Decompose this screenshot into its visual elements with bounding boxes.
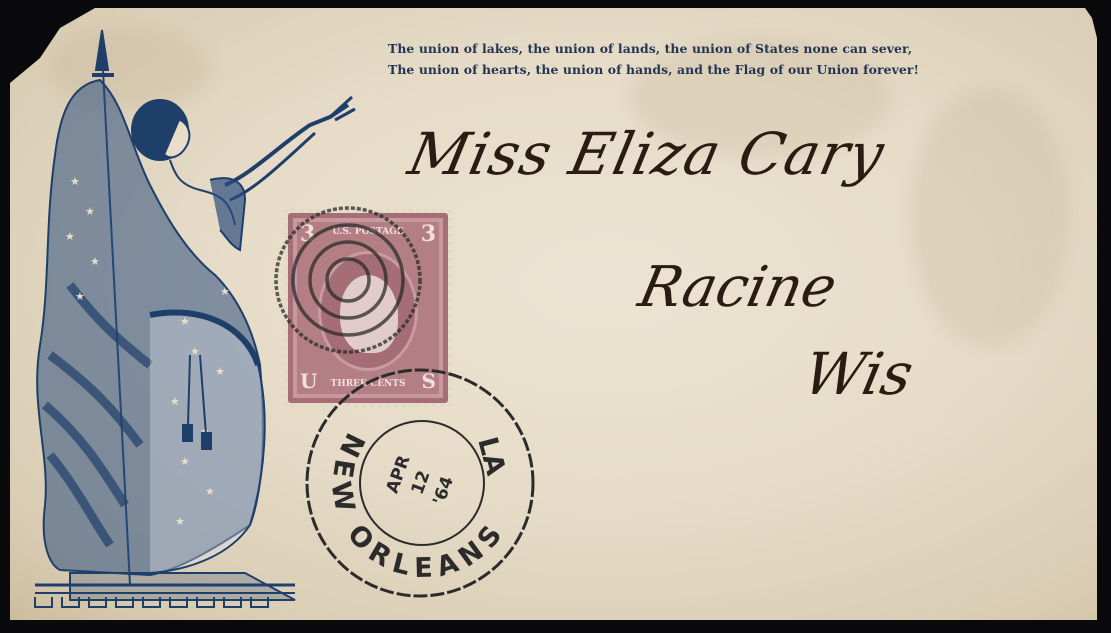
svg-text:★: ★ [175, 516, 185, 528]
recipient-city: Racine [633, 255, 842, 320]
postmark-state: LA [471, 434, 511, 479]
svg-text:★: ★ [190, 346, 200, 358]
new-orleans-postmark: NEW ORLEANS LA APR 12 '64 [300, 365, 540, 605]
svg-text:★: ★ [85, 206, 95, 218]
svg-text:★: ★ [180, 456, 190, 468]
svg-text:★: ★ [75, 291, 85, 303]
svg-text:★: ★ [65, 231, 75, 243]
postmark-year: '64 [429, 474, 458, 508]
svg-text:★: ★ [220, 286, 230, 298]
svg-text:★: ★ [180, 316, 190, 328]
target-cancel-icon [270, 195, 440, 365]
recipient-name: Miss Eliza Cary [403, 120, 891, 188]
spear-tip-icon [96, 30, 108, 70]
recipient-state: Wis [798, 340, 919, 408]
svg-text:★: ★ [205, 486, 215, 498]
svg-text:★: ★ [205, 251, 215, 263]
printed-motto: The union of lakes, the union of lands, … [388, 38, 919, 80]
svg-text:★: ★ [170, 396, 180, 408]
motto-line-2: The union of hearts, the union of hands,… [388, 59, 919, 80]
svg-text:★: ★ [70, 176, 80, 188]
postmark-day: 12 [408, 468, 435, 497]
svg-text:★: ★ [215, 366, 225, 378]
motto-line-1: The union of lakes, the union of lands, … [388, 38, 919, 59]
paper-stain [910, 88, 1070, 348]
svg-text:★: ★ [90, 256, 100, 268]
